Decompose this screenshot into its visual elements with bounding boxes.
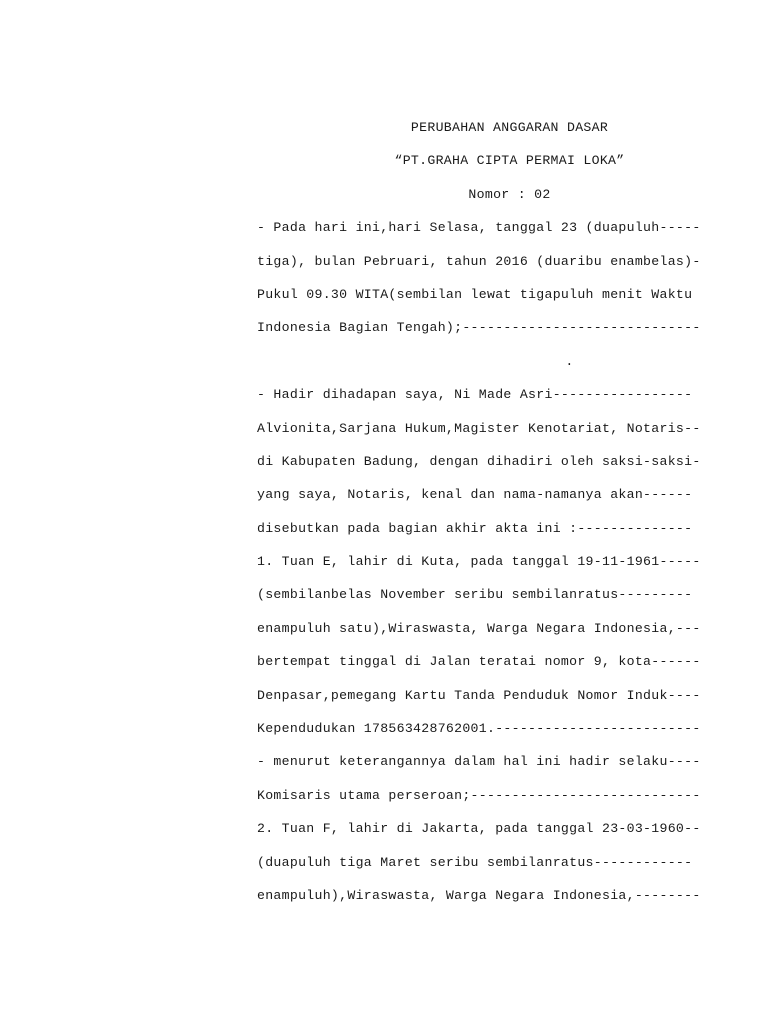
text-line: Denpasar,pemegang Kartu Tanda Penduduk N… [257, 686, 762, 719]
text-line: Alvionita,Sarjana Hukum,Magister Kenotar… [257, 419, 762, 452]
text-line: - Pada hari ini,hari Selasa, tanggal 23 … [257, 218, 762, 251]
text-line: 2. Tuan F, lahir di Jakarta, pada tangga… [257, 819, 762, 852]
text-line: Indonesia Bagian Tengah);---------------… [257, 318, 762, 351]
text-line: di Kabupaten Badung, dengan dihadiri ole… [257, 452, 762, 485]
text-line: Pukul 09.30 WITA(sembilan lewat tigapulu… [257, 285, 762, 318]
text-line: bertempat tinggal di Jalan teratai nomor… [257, 652, 762, 685]
company-name: “PT.GRAHA CIPTA PERMAI LOKA” [257, 151, 762, 184]
text-line: enampuluh satu),Wiraswasta, Warga Negara… [257, 619, 762, 652]
text-line: (duapuluh tiga Maret seribu sembilanratu… [257, 853, 762, 886]
text-line: enampuluh),Wiraswasta, Warga Negara Indo… [257, 886, 762, 919]
text-line: 1. Tuan E, lahir di Kuta, pada tanggal 1… [257, 552, 762, 585]
deed-number: Nomor : 02 [257, 185, 762, 218]
text-line: disebutkan pada bagian akhir akta ini :-… [257, 519, 762, 552]
document-page: PERUBAHAN ANGGARAN DASAR “PT.GRAHA CIPTA… [0, 0, 768, 1024]
text-line: - menurut keterangannya dalam hal ini ha… [257, 752, 762, 785]
text-line: (sembilanbelas November seribu sembilanr… [257, 585, 762, 618]
text-line: Komisaris utama perseroan;--------------… [257, 786, 762, 819]
document-body: PERUBAHAN ANGGARAN DASAR “PT.GRAHA CIPTA… [257, 118, 762, 919]
text-line: Kependudukan 178563428762001.-----------… [257, 719, 762, 752]
text-line-dot: . [257, 352, 768, 385]
text-line: - Hadir dihadapan saya, Ni Made Asri----… [257, 385, 762, 418]
document-title: PERUBAHAN ANGGARAN DASAR [257, 118, 762, 151]
text-line: tiga), bulan Pebruari, tahun 2016 (duari… [257, 252, 762, 285]
text-line: yang saya, Notaris, kenal dan nama-naman… [257, 485, 762, 518]
